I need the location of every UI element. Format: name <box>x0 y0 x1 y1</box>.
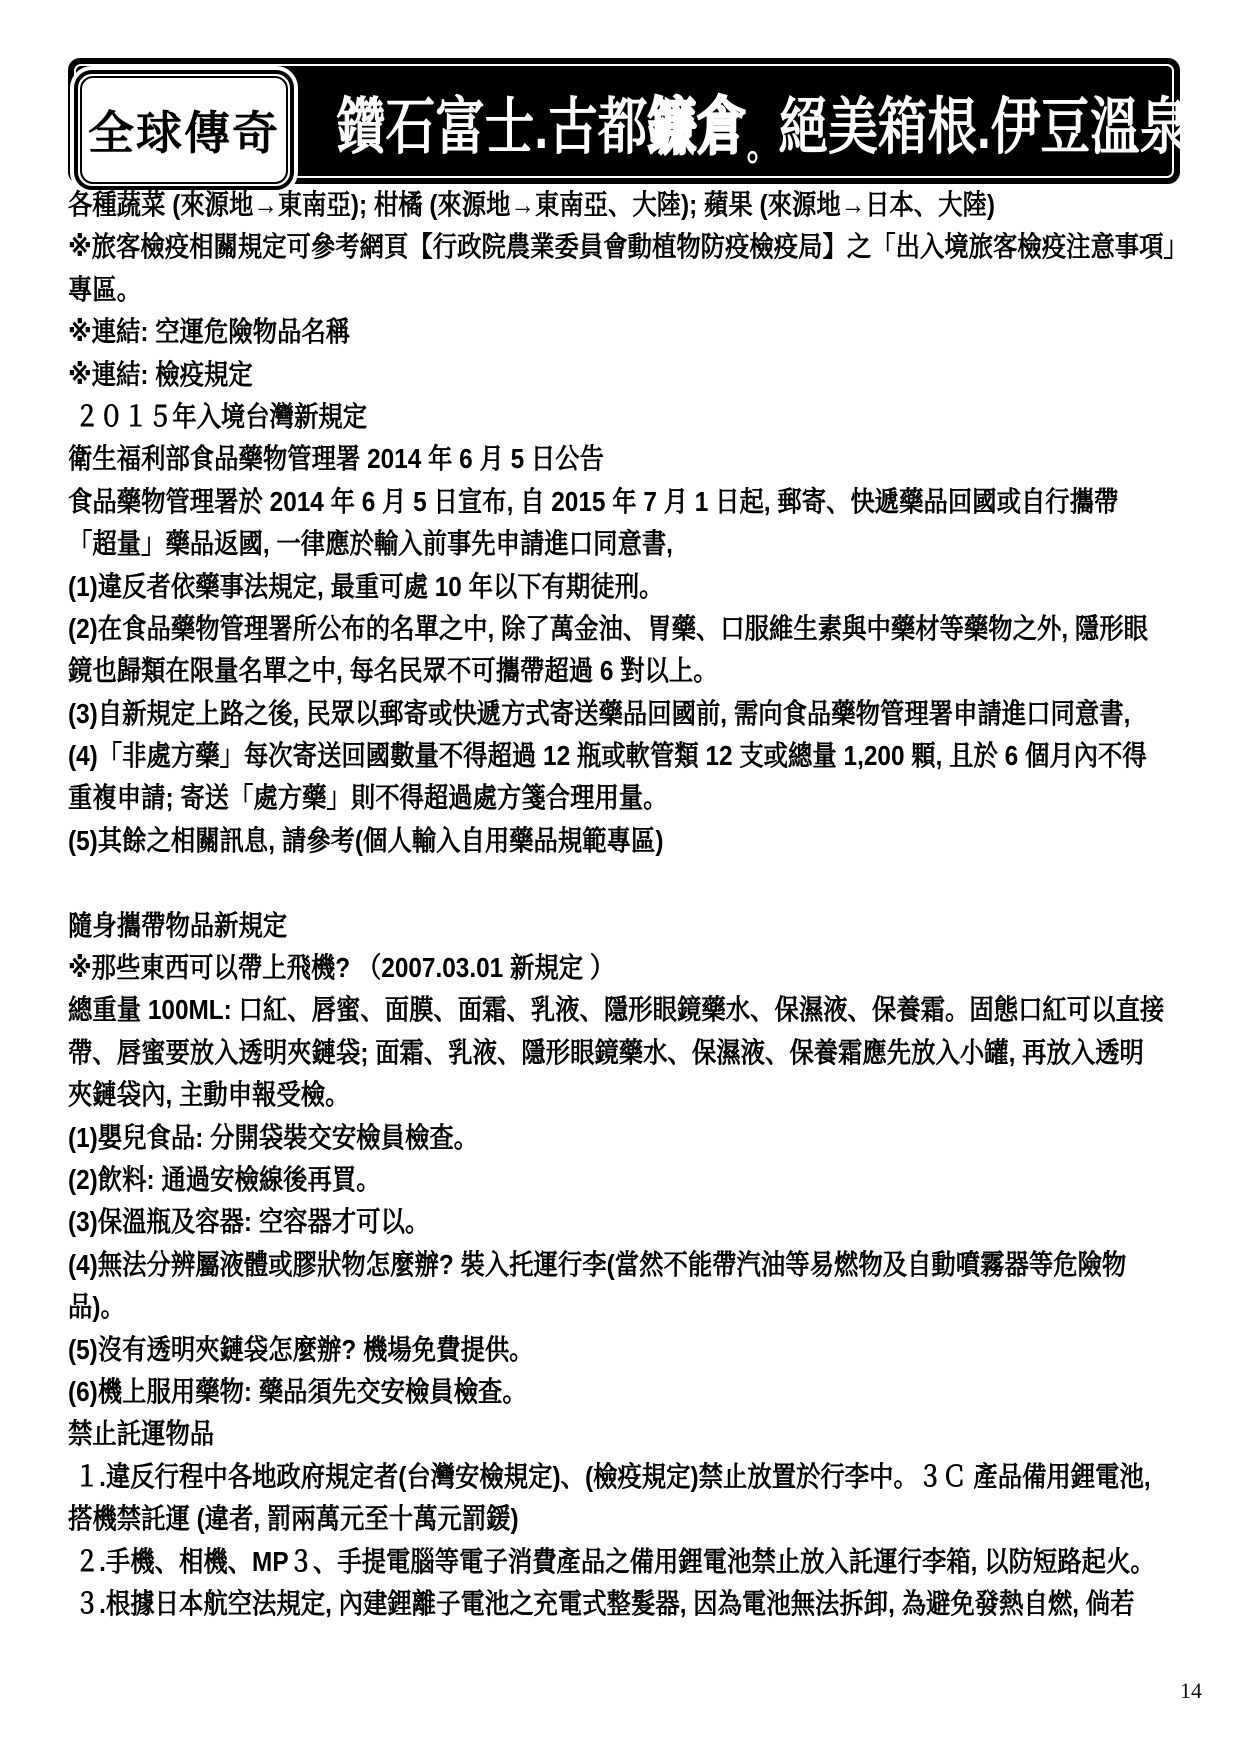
text-line: 搭機禁託運 (違者, 罰兩萬元至十萬元罰鍰) <box>68 1498 1218 1540</box>
document-page: 鑽石富士.古都鐮倉。絕美箱根.伊豆溫泉五日 全球傳奇 各種蔬菜 (來源地→東南亞… <box>0 0 1241 1755</box>
text-line: (2)在食品藥物管理署所公布的名單之中, 除了萬金油、胃藥、口服維生素與中藥材等… <box>68 608 1218 650</box>
text-line: 重複申請; 寄送「處方藥」則不得超過處方箋合理用量。 <box>68 777 1218 819</box>
text-line: 專區。 <box>68 269 1218 311</box>
text-line: ※連結: 檢疫規定 <box>68 354 1218 396</box>
brand-logo-text: 全球傳奇 <box>88 97 280 163</box>
tour-title: 鑽石富士.古都鐮倉。絕美箱根.伊豆溫泉五日 <box>336 58 1241 184</box>
text-line: 夾鏈袋內, 主動申報受檢。 <box>68 1074 1218 1116</box>
text-line: 衛生福利部食品藥物管理署 2014 年 6 月 5 日公告 <box>68 438 1218 480</box>
text-line: 鏡也歸類在限量名單之中, 每名民眾不可攜帶超過 6 對以上。 <box>68 650 1218 692</box>
text-line: ２０１５年入境台灣新規定 <box>68 396 1218 438</box>
text-line: ３.根據日本航空法規定, 內建鋰離子電池之充電式整髮器, 因為電池無法拆卸, 為… <box>68 1583 1218 1625</box>
tour-title-part2: 絕美箱根.伊豆溫泉五日 <box>779 77 1241 166</box>
tour-title-outlined: 鐮倉 <box>647 77 746 166</box>
text-line: (4)「非處方藥」每次寄送回國數量不得超過 12 瓶或軟管類 12 支或總量 1… <box>68 735 1218 777</box>
text-line: 品)。 <box>68 1286 1218 1328</box>
text-line: 總重量 100ML: 口紅、唇蜜、面膜、面霜、乳液、隱形眼鏡藥水、保濕液、保養霜… <box>68 989 1218 1031</box>
text-line: (2)飲料: 通過安檢線後再買。 <box>68 1159 1218 1201</box>
text-line: ※連結: 空運危險物品名稱 <box>68 311 1218 353</box>
text-line: 禁止託運物品 <box>68 1413 1218 1455</box>
text-line: (4)無法分辨屬液體或膠狀物怎麼辦? 裝入托運行李(當然不能帶汽油等易燃物及自動… <box>68 1244 1218 1286</box>
text-line: (6)機上服用藥物: 藥品須先交安檢員檢查。 <box>68 1371 1218 1413</box>
text-line: 食品藥物管理署於 2014 年 6 月 5 日宣布, 自 2015 年 7 月 … <box>68 481 1218 523</box>
text-line: 各種蔬菜 (來源地→東南亞); 柑橘 (來源地→東南亞、大陸); 蘋果 (來源地… <box>68 184 1218 226</box>
text-line <box>68 862 1218 904</box>
tour-title-separator: 。 <box>747 108 779 184</box>
page-number: 14 <box>1180 1678 1202 1704</box>
text-line: (3)自新規定上路之後, 民眾以郵寄或快遞方式寄送藥品回國前, 需向食品藥物管理… <box>68 693 1218 735</box>
text-line: 隨身攜帶物品新規定 <box>68 905 1218 947</box>
body-text: 各種蔬菜 (來源地→東南亞); 柑橘 (來源地→東南亞、大陸); 蘋果 (來源地… <box>68 184 1218 1625</box>
text-line: (3)保溫瓶及容器: 空容器才可以。 <box>68 1201 1218 1243</box>
text-line: 帶、唇蜜要放入透明夾鏈袋; 面霜、乳液、隱形眼鏡藥水、保濕液、保養霜應先放入小罐… <box>68 1032 1218 1074</box>
text-line: ※那些東西可以帶上飛機? （2007.03.01 新規定 ） <box>68 947 1218 989</box>
text-line: (1)嬰兒食品: 分開袋裝交安檢員檢查。 <box>68 1117 1218 1159</box>
text-line: (5)沒有透明夾鏈袋怎麼辦? 機場免費提供。 <box>68 1329 1218 1371</box>
text-line: (5)其餘之相關訊息, 請參考(個人輸入自用藥品規範專區) <box>68 820 1218 862</box>
text-line: 「超量」藥品返國, 一律應於輸入前事先申請進口同意書, <box>68 523 1218 565</box>
tour-title-part1: 鑽石富士.古都 <box>336 77 647 166</box>
text-line: １.違反行程中各地政府規定者(台灣安檢規定)、(檢疫規定)禁止放置於行李中。３Ｃ… <box>68 1456 1218 1498</box>
text-line: ２.手機、相機、MP３、手提電腦等電子消費產品之備用鋰電池禁止放入託運行李箱, … <box>68 1541 1218 1583</box>
text-line: ※旅客檢疫相關規定可參考網頁【行政院農業委員會動植物防疫檢疫局】之「出入境旅客檢… <box>68 226 1218 268</box>
brand-logo-box: 全球傳奇 <box>74 70 294 190</box>
text-line: (1)違反者依藥事法規定, 最重可處 10 年以下有期徒刑。 <box>68 566 1218 608</box>
